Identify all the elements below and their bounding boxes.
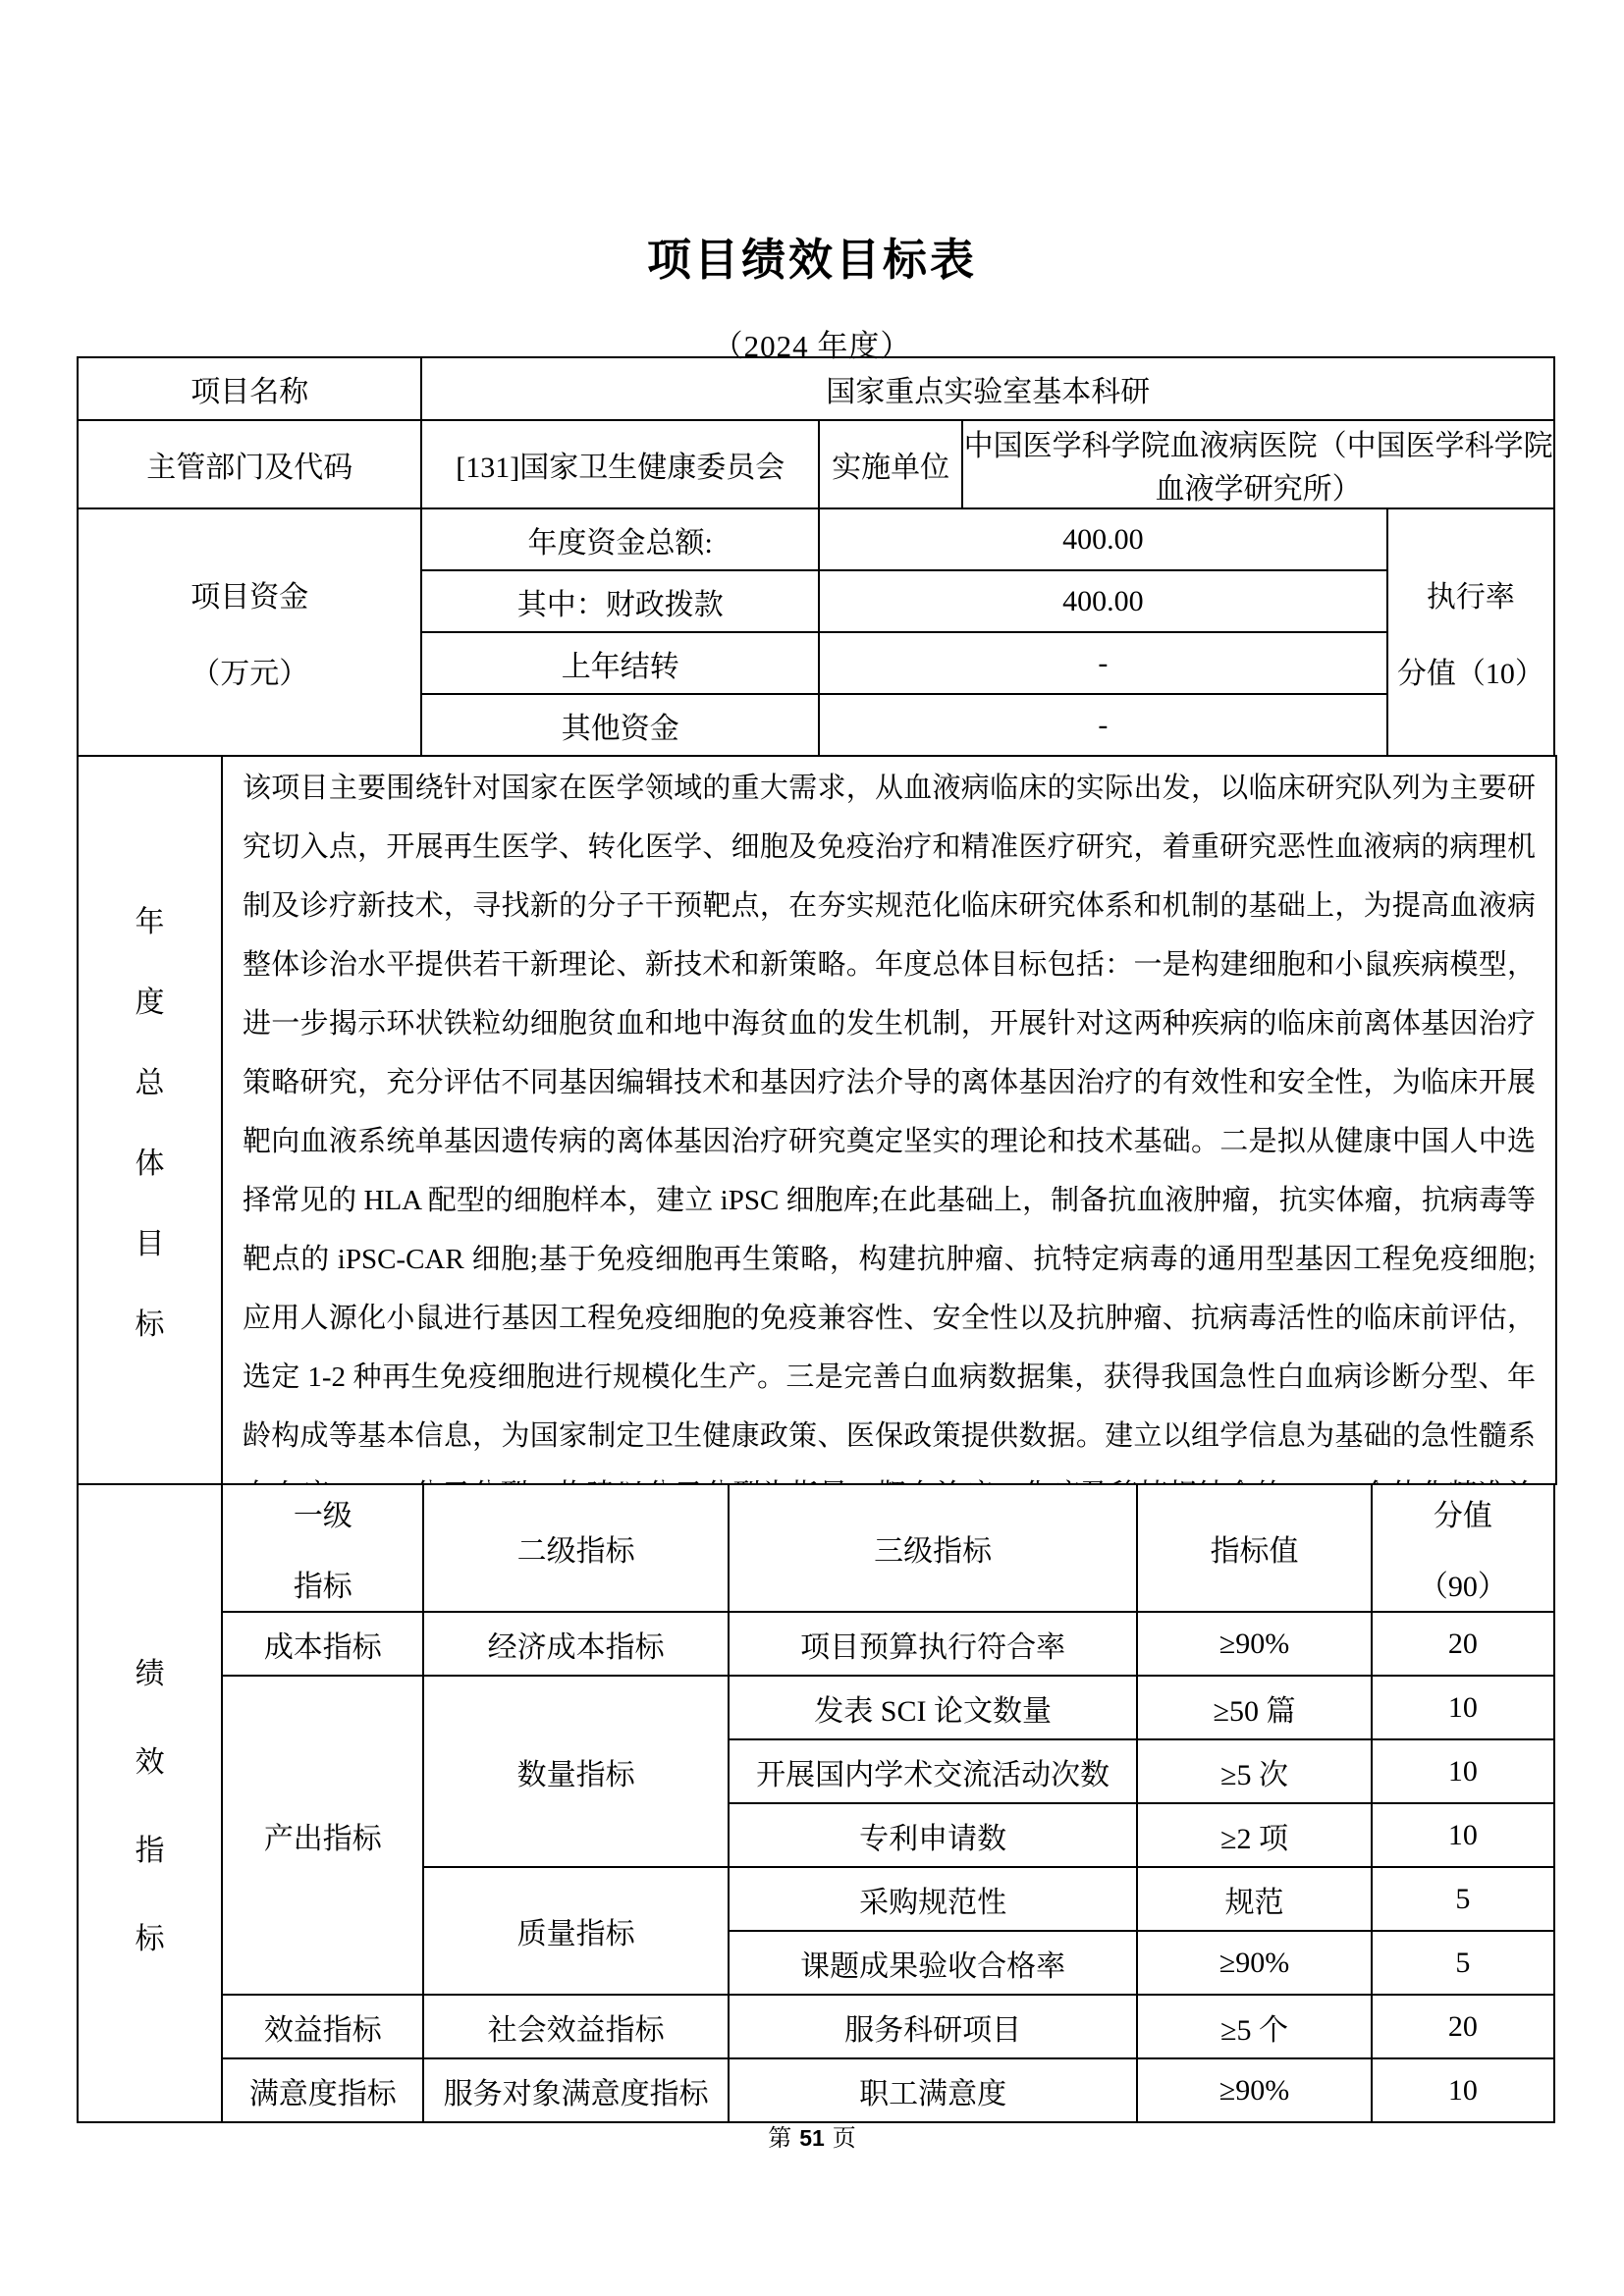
impl-unit-label-cell: 实施单位 <box>819 420 962 508</box>
table-header-row: 绩 效 指 标 一级 指标 二级指标 三级指标 指标值 <box>78 1484 1554 1612</box>
page-footer: 第51页 <box>0 2118 1624 2153</box>
perf-l1-cell: 效益指标 <box>222 1995 423 2058</box>
header-level1-line1: 一级 <box>294 1491 352 1534</box>
annual-goal-char: 标 <box>135 1300 165 1343</box>
perf-l3-cell: 专利申请数 <box>729 1803 1138 1867</box>
project-name-label-cell: 项目名称 <box>78 357 421 420</box>
annual-goal-char: 总 <box>135 1058 165 1101</box>
perf-l2-cell: 质量指标 <box>423 1867 728 1995</box>
funding-row-label: 其他资金 <box>421 694 819 756</box>
funding-row-value: 400.00 <box>819 570 1387 632</box>
performance-char: 标 <box>135 1914 165 1957</box>
annual-goal-char: 目 <box>135 1219 165 1262</box>
perf-l3-cell: 职工满意度 <box>729 2058 1138 2122</box>
table-row: 项目资金 （万元） 年度资金总额: 400.00 执行率 分值（10） <box>78 508 1554 570</box>
table-row: 满意度指标 服务对象满意度指标 职工满意度 ≥90% 10 <box>78 2058 1554 2122</box>
funding-label-line2: （万元） <box>190 649 308 692</box>
funding-row-label: 其中：财政拨款 <box>421 570 819 632</box>
perf-value-cell: ≥2 项 <box>1137 1803 1371 1867</box>
perf-l1-cell: 产出指标 <box>222 1676 423 1995</box>
table-row: 主管部门及代码 [131]国家卫生健康委员会 实施单位 中国医学科学院血液病医院… <box>78 420 1554 508</box>
funding-label-cell: 项目资金 （万元） <box>78 508 421 756</box>
annual-goal-char: 体 <box>135 1139 165 1182</box>
perf-score-cell: 5 <box>1372 1931 1554 1995</box>
performance-char: 指 <box>135 1826 165 1869</box>
perf-value-cell: ≥90% <box>1137 2058 1371 2122</box>
header-score-line1: 分值 <box>1434 1491 1492 1534</box>
execution-rate-cell: 执行率 分值（10） <box>1387 508 1554 756</box>
perf-l3-cell: 采购规范性 <box>729 1867 1138 1931</box>
perf-l3-cell: 开展国内学术交流活动次数 <box>729 1739 1138 1803</box>
table-row: 项目名称 国家重点实验室基本科研 <box>78 357 1554 420</box>
perf-l1-cell: 满意度指标 <box>222 2058 423 2122</box>
annual-goal-char: 度 <box>135 978 165 1021</box>
execution-rate-line1: 执行率 <box>1427 572 1515 615</box>
perf-score-cell: 20 <box>1372 1995 1554 2058</box>
perf-l3-cell: 发表 SCI 论文数量 <box>729 1676 1138 1739</box>
header-level1-line2: 指标 <box>294 1562 352 1605</box>
perf-value-cell: ≥90% <box>1137 1612 1371 1676</box>
perf-value-cell: ≥5 次 <box>1137 1739 1371 1803</box>
footer-page-number: 51 <box>791 2125 833 2151</box>
funding-row-label: 上年结转 <box>421 632 819 694</box>
perf-l2-cell: 数量指标 <box>423 1676 728 1867</box>
annual-goal-char: 年 <box>135 897 165 940</box>
perf-l3-cell: 课题成果验收合格率 <box>729 1931 1138 1995</box>
main-table: 项目名称 国家重点实验室基本科研 主管部门及代码 [131]国家卫生健康委员会 … <box>77 356 1555 2123</box>
execution-rate-line2: 分值（10） <box>1397 649 1544 692</box>
header-level3-cell: 三级指标 <box>729 1484 1138 1612</box>
annual-goal-text: 该项目主要围绕针对国家在医学领域的重大需求，从血液病临床的实际出发，以临床研究队… <box>223 757 1555 1483</box>
perf-l2-cell: 社会效益指标 <box>423 1995 728 2058</box>
perf-value-cell: ≥5 个 <box>1137 1995 1371 2058</box>
perf-l3-cell: 服务科研项目 <box>729 1995 1138 2058</box>
table-row: 成本指标 经济成本指标 项目预算执行符合率 ≥90% 20 <box>78 1612 1554 1676</box>
perf-l1-cell: 成本指标 <box>222 1612 423 1676</box>
project-name-value-cell: 国家重点实验室基本科研 <box>421 357 1554 420</box>
info-funding-table: 项目名称 国家重点实验室基本科研 主管部门及代码 [131]国家卫生健康委员会 … <box>77 356 1555 757</box>
performance-label-cell: 绩 效 指 标 <box>78 1484 222 2122</box>
perf-l2-cell: 经济成本指标 <box>423 1612 728 1676</box>
annual-goal-text-cell: 该项目主要围绕针对国家在医学领域的重大需求，从血液病临床的实际出发，以临床研究队… <box>222 756 1556 1484</box>
header-level1: 一级 指标 <box>223 1491 422 1605</box>
dept-code-value-cell: [131]国家卫生健康委员会 <box>421 420 819 508</box>
funding-row-value: 400.00 <box>819 508 1387 570</box>
perf-score-cell: 10 <box>1372 1803 1554 1867</box>
header-score: 分值 （90） <box>1373 1491 1553 1605</box>
performance-char: 效 <box>135 1737 165 1781</box>
perf-score-cell: 10 <box>1372 1676 1554 1739</box>
header-level2-cell: 二级指标 <box>423 1484 728 1612</box>
funding-row-value: - <box>819 632 1387 694</box>
perf-l3-cell: 项目预算执行符合率 <box>729 1612 1138 1676</box>
perf-l2-cell: 服务对象满意度指标 <box>423 2058 728 2122</box>
footer-prefix: 第 <box>768 2126 791 2152</box>
perf-score-cell: 10 <box>1372 1739 1554 1803</box>
funding-row-value: - <box>819 694 1387 756</box>
performance-vertical-label: 绩 效 指 标 <box>79 1649 221 1957</box>
header-value-cell: 指标值 <box>1137 1484 1371 1612</box>
table-row: 效益指标 社会效益指标 服务科研项目 ≥5 个 20 <box>78 1995 1554 2058</box>
impl-unit-value-cell: 中国医学科学院血液病医院（中国医学科学院血液学研究所） <box>962 420 1554 508</box>
header-level1-cell: 一级 指标 <box>222 1484 423 1612</box>
annual-goal-vertical-label: 年 度 总 体 目 标 <box>79 897 221 1343</box>
document-page: 项目绩效目标表 （2024 年度） 项目名称 国家重点实验室基本科研 主管部门及… <box>0 0 1624 2296</box>
annual-goal-label-cell: 年 度 总 体 目 标 <box>78 756 222 1484</box>
table-row: 年 度 总 体 目 标 该项目主要围绕针对国家在医学领域的重大需求，从血液病临床… <box>78 756 1556 1484</box>
perf-value-cell: ≥90% <box>1137 1931 1371 1995</box>
funding-row-label: 年度资金总额: <box>421 508 819 570</box>
dept-code-label-cell: 主管部门及代码 <box>78 420 421 508</box>
annual-goal-table: 年 度 总 体 目 标 该项目主要围绕针对国家在医学领域的重大需求，从血液病临床… <box>77 755 1557 1485</box>
execution-rate-label: 执行率 分值（10） <box>1388 572 1553 692</box>
table-row: 产出指标 数量指标 发表 SCI 论文数量 ≥50 篇 10 <box>78 1676 1554 1739</box>
page-title: 项目绩效目标表 <box>0 0 1624 288</box>
header-score-line2: （90） <box>1419 1562 1507 1605</box>
perf-value-cell: ≥50 篇 <box>1137 1676 1371 1739</box>
header-score-cell: 分值 （90） <box>1372 1484 1554 1612</box>
perf-score-cell: 20 <box>1372 1612 1554 1676</box>
performance-table: 绩 效 指 标 一级 指标 二级指标 三级指标 指标值 <box>77 1483 1555 2123</box>
perf-score-cell: 5 <box>1372 1867 1554 1931</box>
footer-suffix: 页 <box>833 2126 856 2152</box>
performance-char: 绩 <box>135 1649 165 1692</box>
perf-value-cell: 规范 <box>1137 1867 1371 1931</box>
perf-score-cell: 10 <box>1372 2058 1554 2122</box>
funding-label: 项目资金 （万元） <box>79 572 420 692</box>
funding-label-line1: 项目资金 <box>190 572 308 615</box>
